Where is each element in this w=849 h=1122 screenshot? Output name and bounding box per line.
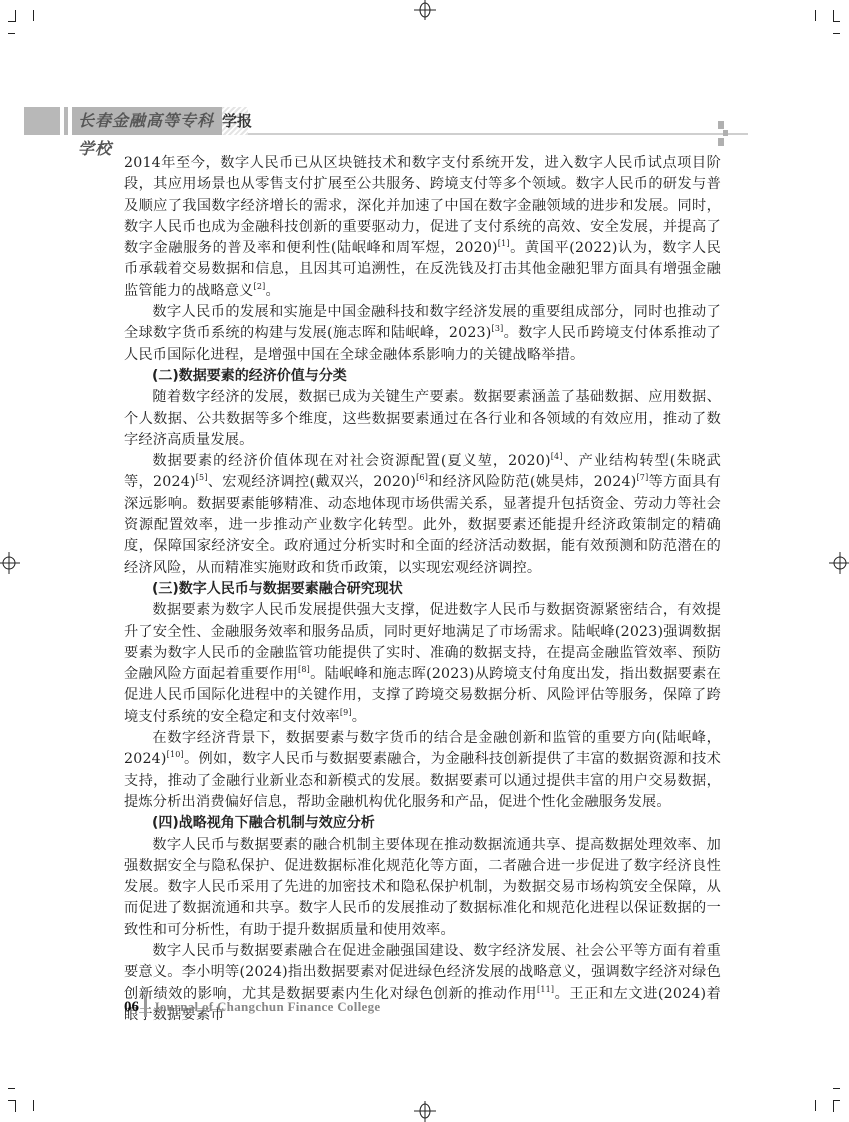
header-square-decoration <box>24 107 60 135</box>
citation-ref[interactable]: [7] <box>636 473 648 482</box>
registration-mark-top-icon <box>414 0 436 22</box>
header-rule <box>248 133 748 135</box>
crop-mark-br-bar <box>815 1100 816 1111</box>
journal-suffix: 学报 <box>222 107 248 135</box>
crop-mark-br-h <box>833 1100 840 1101</box>
citation-ref[interactable]: [11] <box>537 985 554 994</box>
page-number: 06 <box>124 999 139 1016</box>
citation-ref[interactable]: [4] <box>551 452 563 461</box>
paragraph: 在数字经济背景下，数据要素与数字货币的结合是金融创新和监管的重要方向(陆岷峰，2… <box>124 728 721 813</box>
crop-mark-tr-bar <box>815 10 816 21</box>
section-heading: (三)数字人民币与数据要素融合研究现状 <box>124 579 721 600</box>
page-footer: 06 Journal of Changchun Finance College <box>124 996 380 1018</box>
header-end-decoration <box>718 138 724 146</box>
crop-mark-br-v <box>833 1100 834 1112</box>
section-heading: (二)数据要素的经济价值与分类 <box>124 366 721 387</box>
citation-ref[interactable]: [10] <box>167 750 184 759</box>
crop-mark-tl-v <box>15 10 16 22</box>
paragraph: 数据要素为数字人民币发展提供强大支撑，促进数字人民币与数据资源紧密结合，有效提升… <box>124 600 721 728</box>
citation-ref[interactable]: [1] <box>498 239 510 248</box>
paragraph: 数据要素的经济价值体现在对社会资源配置(夏义堃，2020)[4]、产业结构转型(… <box>124 451 721 579</box>
crop-mark-br-dash <box>833 1088 840 1089</box>
section-heading: (四)战略视角下融合机制与效应分析 <box>124 813 721 834</box>
paragraph: 数字人民币的发展和实施是中国金融科技和数字经济发展的重要组成部分，同时也推动了全… <box>124 302 721 366</box>
crop-mark-bl-h <box>8 1100 15 1101</box>
journal-name-cn: 长春金融高等专科学校 <box>72 107 222 135</box>
crop-mark-tl-h <box>8 21 15 22</box>
paragraph: 2014年至今，数字人民币已从区块链技术和数字支付系统开发，进入数字人民币试点项… <box>124 153 721 302</box>
crop-mark-bl-v <box>15 1100 16 1112</box>
crop-mark-bl-dash <box>8 1088 15 1089</box>
crop-mark-bl-bar <box>33 1100 34 1111</box>
registration-mark-bottom-icon <box>414 1100 436 1122</box>
paragraph: 数字人民币与数据要素的融合机制主要体现在推动数据流通共享、提高数据处理效率、加强… <box>124 835 721 941</box>
citation-ref[interactable]: [8] <box>298 665 310 674</box>
header-end-decoration <box>723 130 728 136</box>
citation-ref[interactable]: [6] <box>416 473 428 482</box>
citation-ref[interactable]: [9] <box>340 708 352 717</box>
header-end-decoration <box>718 121 724 129</box>
crop-mark-tl-bar <box>33 10 34 21</box>
registration-mark-left-icon <box>0 552 22 574</box>
crop-mark-tr-h <box>833 21 840 22</box>
citation-ref[interactable]: [5] <box>196 473 208 482</box>
crop-mark-tl-dash <box>8 33 15 34</box>
registration-mark-right-icon <box>827 552 849 574</box>
journal-name-en: Journal of Changchun Finance College <box>153 999 380 1015</box>
citation-ref[interactable]: [3] <box>492 324 504 333</box>
header-bar-decoration <box>64 107 68 135</box>
paragraph: 随着数字经济的发展，数据已成为关键生产要素。数据要素涵盖了基础数据、应用数据、个… <box>124 387 721 451</box>
crop-mark-tr-dash <box>833 33 840 34</box>
crop-mark-tr-v <box>833 10 834 22</box>
footer-divider <box>144 997 147 1017</box>
citation-ref[interactable]: [2] <box>254 282 266 291</box>
article-body: 2014年至今，数字人民币已从区块链技术和数字支付系统开发，进入数字人民币试点项… <box>124 153 721 1026</box>
